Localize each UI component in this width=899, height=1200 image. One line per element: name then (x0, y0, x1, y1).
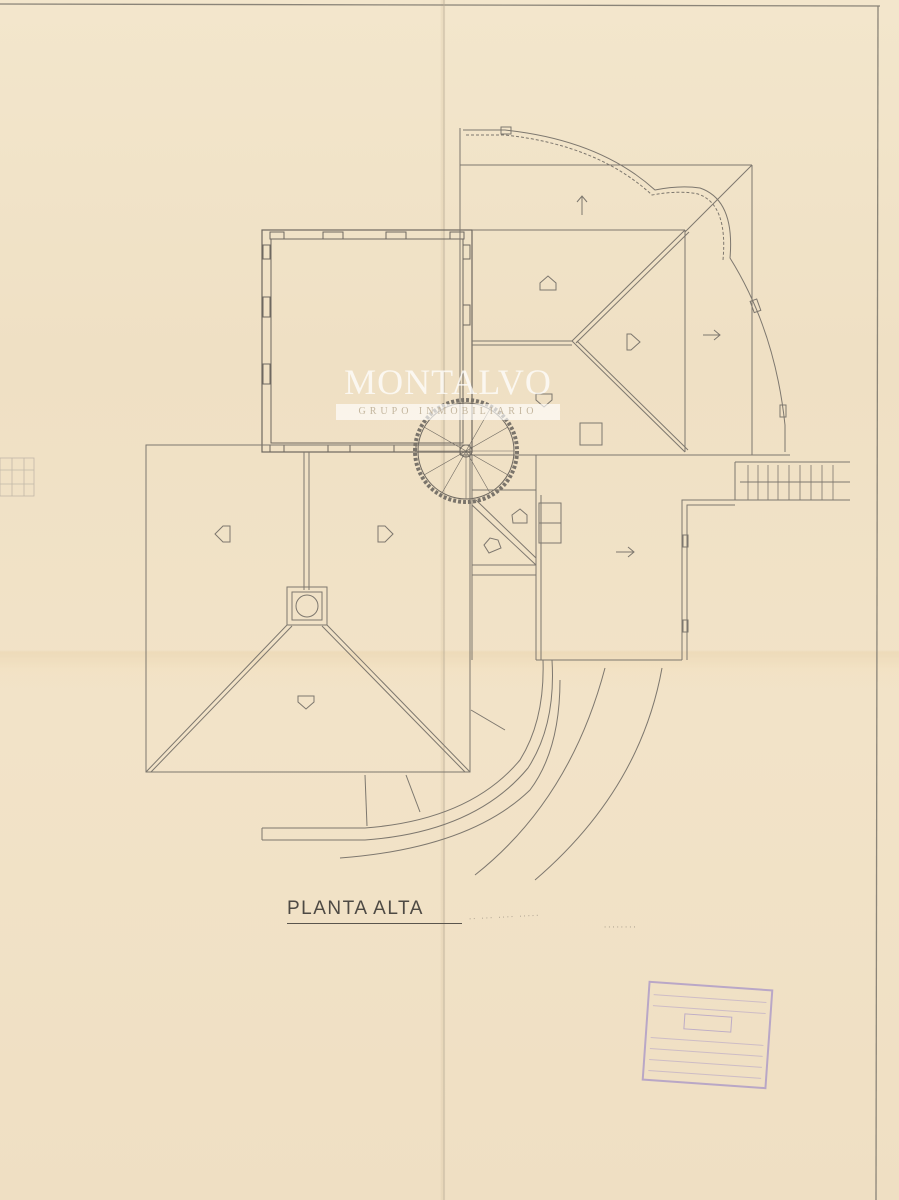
upper-right-roof (460, 127, 790, 455)
hollow-arrow-icon (378, 526, 393, 542)
stamp-number-box (683, 1013, 732, 1032)
hollow-arrow-icon (540, 276, 556, 290)
hollow-arrow-icon (215, 526, 230, 542)
arrow-right-icon (703, 330, 720, 340)
hollow-arrow-icon (627, 334, 640, 350)
drawing-title: PLANTA ALTA (287, 898, 462, 924)
hollow-arrow-icon (512, 509, 527, 523)
official-stamp (642, 981, 774, 1089)
hollow-arrow-icon (298, 696, 314, 709)
left-edge-window-fragment (0, 458, 34, 496)
middle-section (472, 455, 735, 660)
arrow-up-icon (577, 196, 587, 215)
lower-left-roof (146, 445, 470, 772)
reference-note: ········ (603, 924, 637, 932)
hollow-arrow-icon (536, 394, 552, 407)
curved-walls (262, 660, 662, 880)
arrow-right-icon (616, 547, 634, 557)
spiral-stair (415, 400, 517, 502)
hollow-arrow-icon (484, 538, 501, 553)
tower-room (262, 230, 472, 452)
straight-stair (735, 462, 850, 500)
